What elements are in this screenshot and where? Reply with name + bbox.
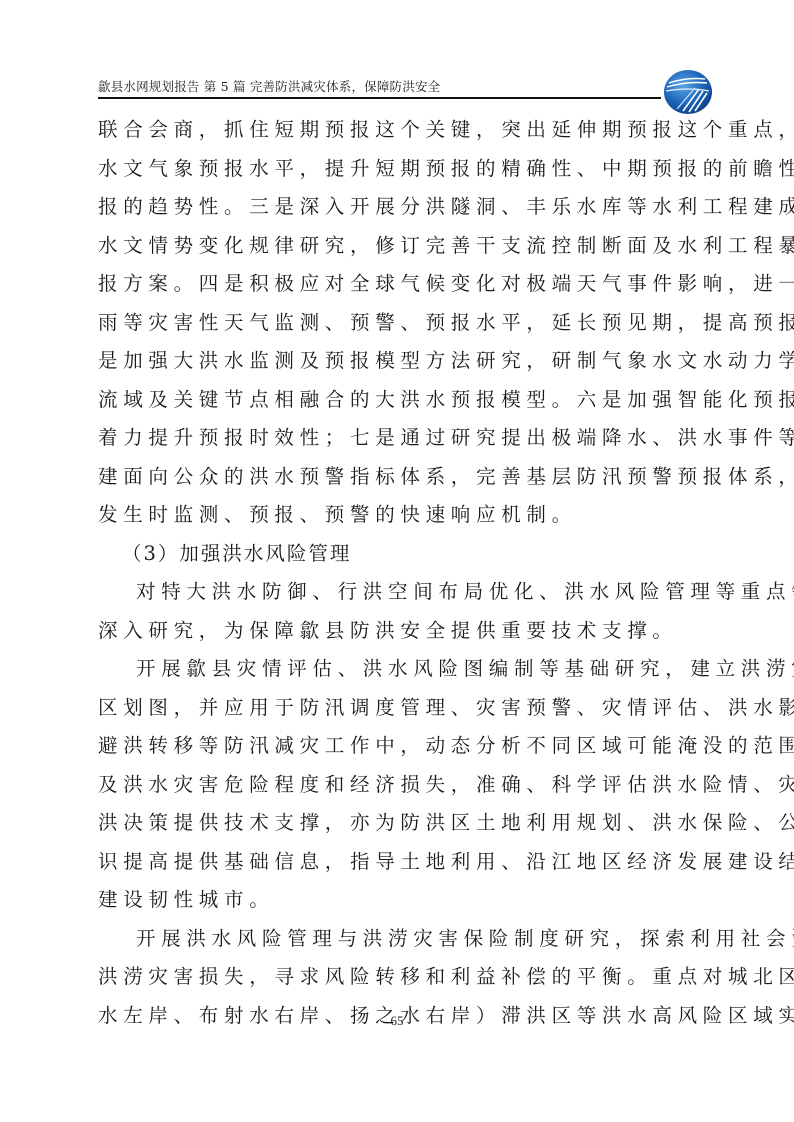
text-line: 洪决策提供技术支撑，亦为防洪区土地利用规划、洪水保险、公众风险意: [98, 804, 706, 843]
page-number: 65: [0, 1013, 794, 1029]
text-line: 报的趋势性。三是深入开展分洪隧洞、丰乐水库等水利工程建成后带来的: [98, 188, 706, 227]
text-line: 避洪转移等防汛减灾工作中，动态分析不同区域可能淹没的范围、水深以: [98, 727, 706, 766]
text-line: 建面向公众的洪水预警指标体系，完善基层防汛预警预报体系，实现大 洪水: [98, 458, 706, 497]
text-line: 着力提升预报时效性；七是通过研究提出极端降水、洪水事件等预警指标， 构: [98, 419, 706, 458]
paragraph-first-line: 开展洪水风险管理与洪涝灾害保险制度研究，探索利用社会资金补偿: [98, 920, 706, 959]
text-line: 洪涝灾害损失，寻求风险转移和利益补偿的平衡。重点对城北区片（富资: [98, 958, 706, 997]
text-line: 雨等灾害性天气监测、预警、预报水平，延长预见期，提高预报精度。五: [98, 304, 706, 343]
text-line: 建设韧性城市。: [98, 881, 706, 920]
paragraph-first-line: 对特大洪水防御、行洪空间布局优化、洪水风险管理等重点领域开展: [98, 573, 706, 612]
text-line: 及洪水灾害危险程度和经济损失，准确、科学评估洪水险情、灾情，为防: [98, 766, 706, 805]
paragraph-first-line: 开展歙县灾情评估、洪水风险图编制等基础研究，建立洪涝灾害风险: [98, 650, 706, 689]
text-line: 识提高提供基础信息，指导土地利用、沿江地区经济发展建设结构改造等，: [98, 843, 706, 882]
text-line: 水文情势变化规律研究，修订完善干支流控制断面及水利工程暴雨洪水预: [98, 227, 706, 266]
text-line: 深入研究，为保障歙县防洪安全提供重要技术支撑。: [98, 612, 706, 651]
text-line: 水文气象预报水平，提升短期预报的精确性、中期预报的前瞻性、长期预: [98, 150, 706, 189]
text-line: 发生时监测、预报、预警的快速响应机制。: [98, 496, 706, 535]
header-rule: [98, 97, 661, 99]
text-line: 报方案。四是积极应对全球气候变化对极端天气事件影响，进一步提高暴: [98, 265, 706, 304]
header-title: 歙县水网规划报告 第 5 篇 完善防洪减灾体系，保障防洪安全: [98, 77, 440, 95]
text-line: 流域及关键节点相融合的大洪水预报模型。六是加强智能化预报系统开发，: [98, 381, 706, 420]
text-line: 联合会商，抓住短期预报这个关键，突出延伸期预报这个重点，不断提高: [98, 111, 706, 150]
text-line: 是加强大洪水监测及预报模型方法研究，研制气象水文水动力学相结合、: [98, 342, 706, 381]
body-text: 联合会商，抓住短期预报这个关键，突出延伸期预报这个重点，不断提高 水文气象预报水…: [98, 111, 706, 1035]
section-heading: （3）加强洪水风险管理: [98, 535, 706, 574]
circular-blue-water-logo-icon: [661, 69, 713, 115]
running-header: 歙县水网规划报告 第 5 篇 完善防洪减灾体系，保障防洪安全: [98, 78, 662, 98]
text-line: 区划图，并应用于防汛调度管理、灾害预警、灾情评估、洪水影响评价、: [98, 689, 706, 728]
